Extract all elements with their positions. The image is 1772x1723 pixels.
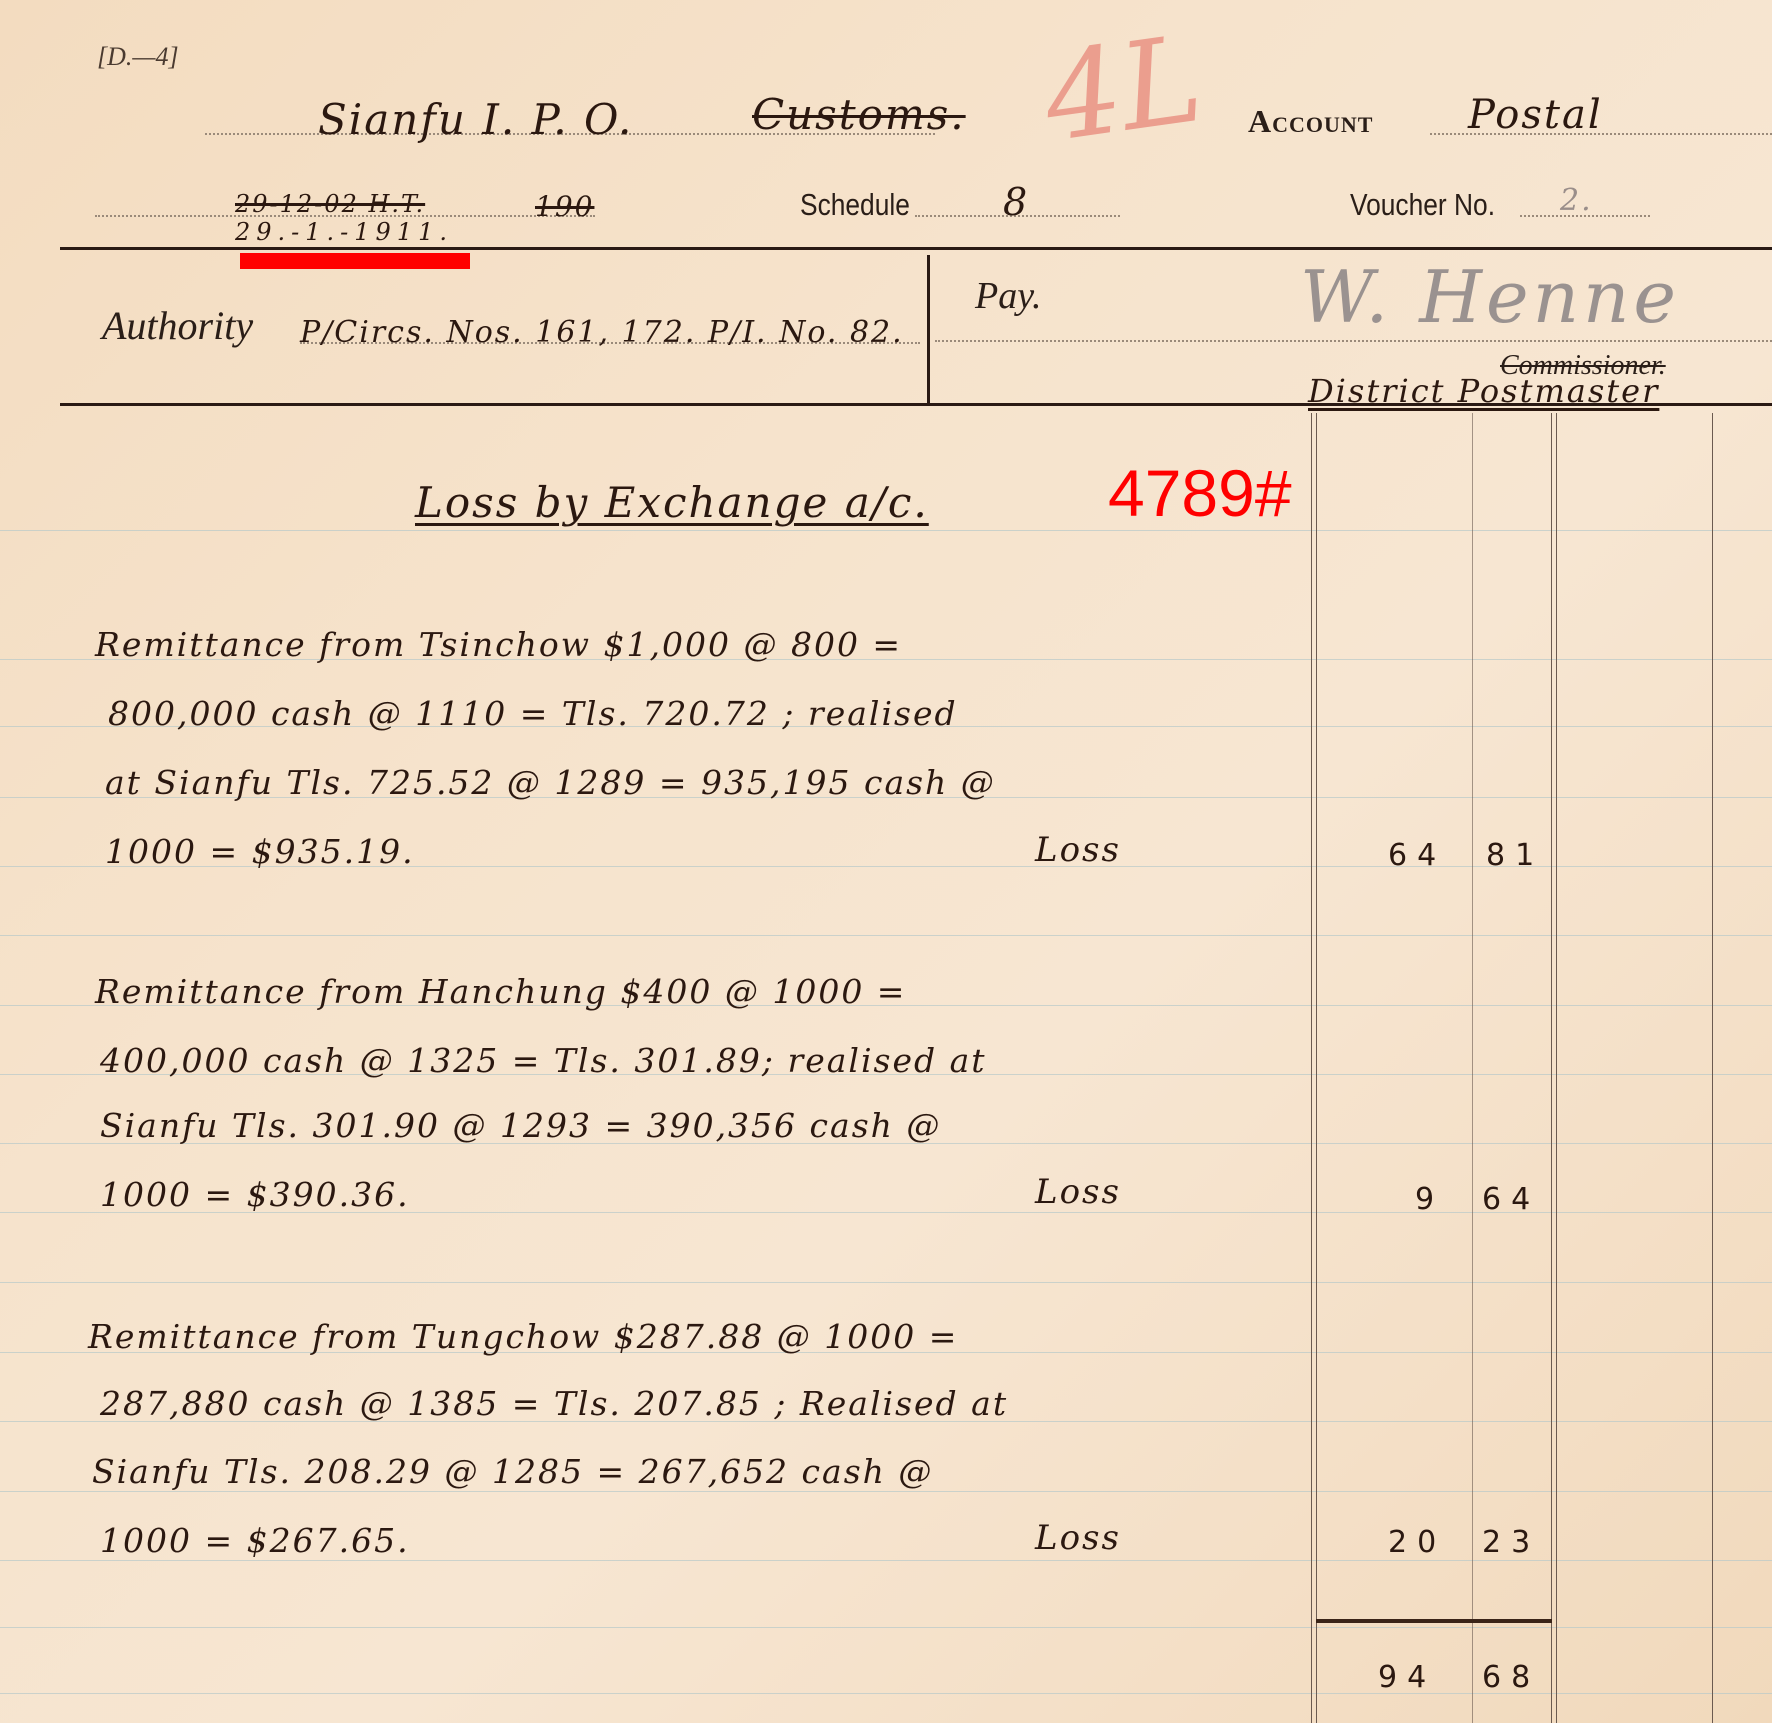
amount-dollars: 9	[1415, 1182, 1444, 1217]
entry-line: 1000 = $935.19.	[105, 832, 415, 871]
pay-label: Pay.	[975, 274, 1041, 318]
schedule-value: 8	[1003, 180, 1029, 224]
amount-dollars: 20	[1388, 1525, 1446, 1560]
authority-label: Authority	[102, 302, 253, 349]
station-name: Sianfu I. P. O.	[318, 95, 633, 144]
date-value: 29.-1.-1911.	[235, 218, 453, 246]
schedule-label: Schedule	[800, 187, 910, 223]
total-cents: 68	[1482, 1660, 1540, 1695]
total-dollars: 94	[1378, 1660, 1436, 1695]
voucher-value: 2.	[1560, 183, 1593, 218]
entry-line: 800,000 cash @ 1110 = Tls. 720.72 ; real…	[108, 694, 958, 733]
amount-cents: 81	[1486, 838, 1544, 873]
entry-line: at Sianfu Tls. 725.52 @ 1289 = 935,195 c…	[105, 763, 996, 802]
header-rule-bottom	[60, 403, 1772, 406]
entry-line: Sianfu Tls. 301.90 @ 1293 = 390,356 cash…	[100, 1106, 941, 1145]
reference-number: 4789#	[1108, 455, 1292, 531]
loss-label: Loss	[1035, 1172, 1121, 1212]
loss-label: Loss	[1035, 830, 1121, 870]
entry-line: 1000 = $390.36.	[100, 1175, 410, 1214]
entry-line: Sianfu Tls. 208.29 @ 1285 = 267,652 cash…	[92, 1452, 933, 1491]
pay-line	[935, 340, 1772, 342]
entry-line: Remittance from Tsinchow $1,000 @ 800 =	[95, 625, 902, 664]
entry-line: 1000 = $267.65.	[100, 1521, 410, 1560]
entry-line: 287,880 cash @ 1385 = Tls. 207.85 ; Real…	[100, 1384, 1008, 1423]
total-rule	[1316, 1619, 1552, 1623]
signature: W. Henne	[1300, 255, 1680, 339]
authority-value: P/Circs. Nos. 161, 172. P/I. No. 82.	[300, 315, 904, 350]
account-label: Account	[1248, 103, 1373, 140]
red-pencil-mark: 4L	[1036, 10, 1210, 169]
loss-label: Loss	[1035, 1518, 1121, 1558]
heading: Loss by Exchange a/c.	[415, 478, 929, 527]
redaction-bar	[240, 253, 470, 269]
customs-struck: Customs.	[752, 90, 966, 139]
entry-line: Remittance from Hanchung $400 @ 1000 =	[95, 972, 906, 1011]
voucher-label: Voucher No.	[1350, 187, 1495, 223]
header-rule-top	[60, 247, 1772, 250]
date-struck: 29-12-02 H.T.	[235, 190, 425, 218]
form-code: [D.—4]	[97, 42, 179, 72]
entry-line: 400,000 cash @ 1325 = Tls. 301.89; reali…	[100, 1041, 987, 1080]
amount-cents: 64	[1482, 1182, 1540, 1217]
amount-cents: 23	[1482, 1525, 1540, 1560]
account-value: Postal	[1468, 92, 1603, 138]
year-prefix-struck: 190	[535, 190, 594, 223]
amount-dollars: 64	[1388, 838, 1446, 873]
entry-line: Remittance from Tungchow $287.88 @ 1000 …	[88, 1317, 958, 1356]
